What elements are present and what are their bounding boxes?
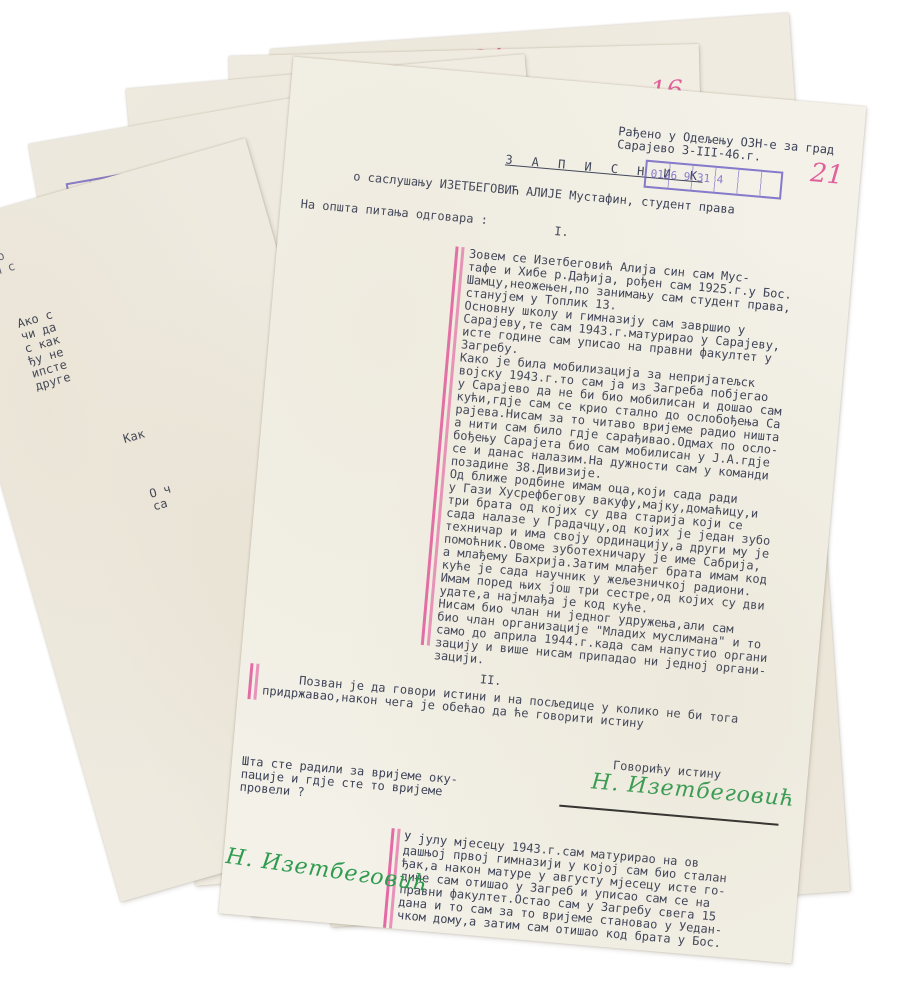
margin-mark <box>247 663 253 699</box>
text-snippet: Как <box>122 428 146 446</box>
section-number: II. <box>479 673 502 688</box>
answer-paragraph-1: Зовем се Изетбеговић Алија син сам Мус-т… <box>433 248 800 691</box>
signature: Н. Изетбеговић <box>591 775 796 806</box>
answer-paragraph-2: У јулу мјесецу 1943.г.сам матурирао на о… <box>397 831 729 950</box>
text-snippet: ском с <box>0 260 17 284</box>
intro-line: На општа питања одговара : <box>300 198 488 227</box>
section-number: I. <box>554 225 570 239</box>
interrogation-record-sheet: Рађено у Одељењу ОЗН-е за град Сарајево … <box>219 57 867 964</box>
page-number: 21 <box>810 167 844 183</box>
text-snippet: са <box>152 497 169 513</box>
margin-mark <box>253 664 259 700</box>
registry-stamp: 0126 9 31 4 <box>643 160 783 200</box>
